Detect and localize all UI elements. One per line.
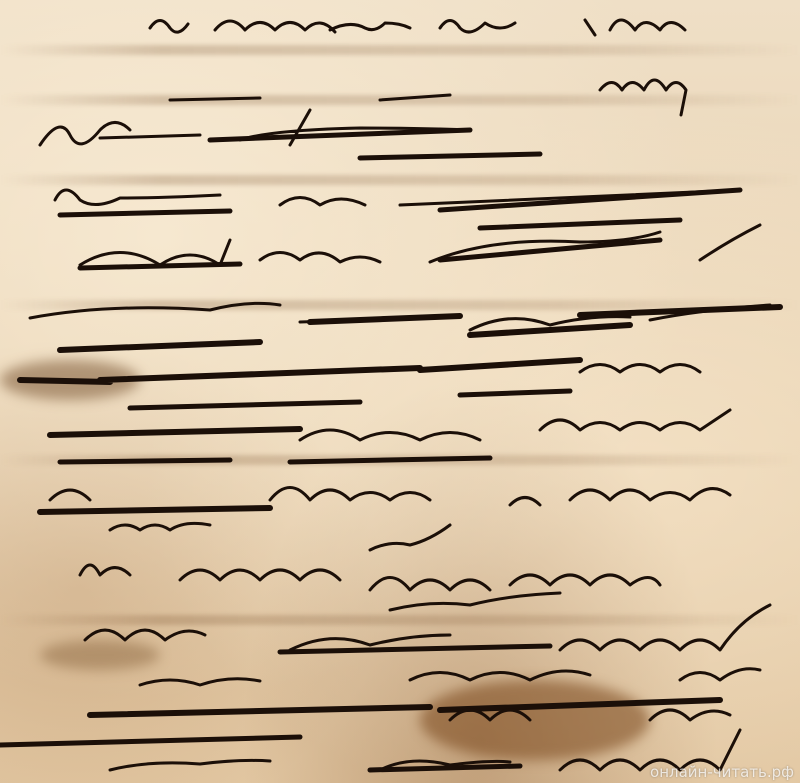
handwriting-strokes xyxy=(0,0,800,783)
site-watermark: онлайн-читать.рф xyxy=(650,763,794,781)
